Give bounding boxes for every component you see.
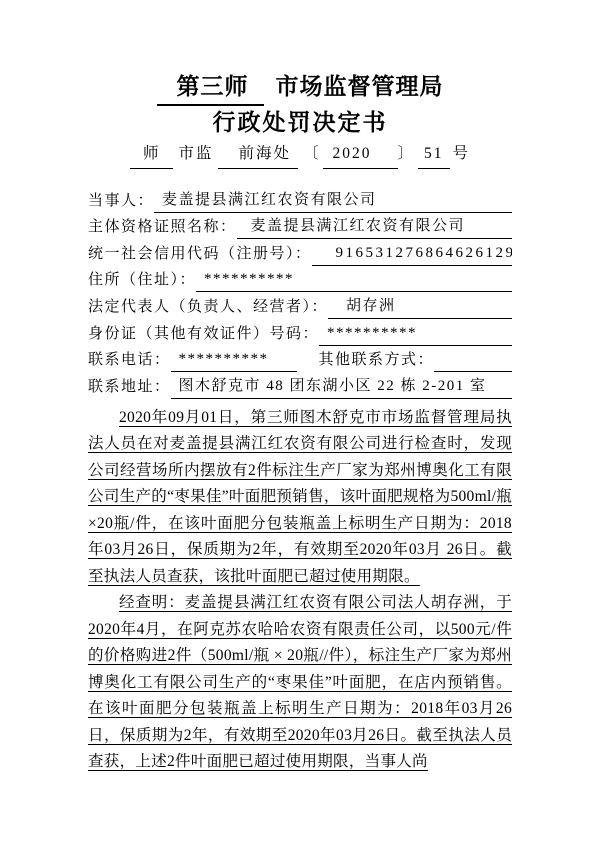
doc-no-bracket-close: 〕 [398,145,416,162]
doc-no-serial: 51 [418,142,450,169]
doc-no-bracket-open: 〔 [303,145,321,162]
authority-name: 市场监督管理局 [276,73,444,99]
field-party-value: 麦盖提县满江红农资有限公司 [154,188,512,213]
field-address: 住所（住址）： ********** [88,266,512,293]
field-address-label: 住所（住址）： [88,268,196,292]
doc-no-suffix: 号 [453,145,471,162]
document-title: 行政处罚决定书 [88,106,512,139]
field-credit-code-value: 916531276864626129 [312,245,512,266]
paragraph-findings: 经查明：麦盖提县满江红农资有限公司法人胡存洲，于2020年4月，在阿克苏农哈哈农… [88,590,512,776]
issuing-authority-title: 第三师市场监督管理局 [88,70,512,106]
doc-no-authority-abbrev: 市监 [178,145,213,162]
field-credit-code-label: 统一社会信用代码（注册号）： [88,242,312,266]
document-body: 2020年09月01日，第三师图木舒克市市场监督管理局执法人员在对麦盖提县满江红… [88,405,512,776]
field-legal-rep: 法定代表人（负责人、经营者）： 胡存洲 [88,292,512,319]
authority-division-blank: 第三师 [157,70,264,106]
paragraph-inspection: 2020年09月01日，第三师图木舒克市市场监督管理局执法人员在对麦盖提县满江红… [88,405,512,591]
field-legal-rep-value: 胡存洲 [328,294,512,319]
doc-no-office: 前海处 [218,142,298,169]
field-legal-rep-label: 法定代表人（负责人、经营者）： [88,295,328,319]
field-other-contact-label: 其他联系方式： [319,348,435,372]
field-contact-address: 联系地址： 图木舒克市 48 团东湖小区 22 栋 2-201 室 [88,372,512,399]
field-id-number: 身份证（其他有效证件）号码： ********** [88,319,512,346]
field-license-name: 主体资格证照名称： 麦盖提县满江红农资有限公司 [88,213,512,240]
doc-no-prefix: 师 [130,142,174,169]
field-id-number-value: ********** [319,325,512,346]
field-license-name-value: 麦盖提县满江红农资有限公司 [237,214,512,239]
field-license-name-label: 主体资格证照名称： [88,215,237,239]
doc-no-year: 2020 [323,142,398,169]
document-header: 第三师市场监督管理局 行政处罚决定书 师市监前海处〔2020〕51号 [88,70,512,169]
field-address-value: ********** [196,271,512,292]
field-contact-address-label: 联系地址： [88,375,171,399]
field-phone-value: ********** [171,351,297,372]
party-info-section: 当事人： 麦盖提县满江红农资有限公司 主体资格证照名称： 麦盖提县满江红农资有限… [88,186,512,399]
field-contact-address-value: 图木舒克市 48 团东湖小区 22 栋 2-201 室 [171,374,512,399]
field-id-number-label: 身份证（其他有效证件）号码： [88,322,319,346]
field-phone-label: 联系电话： [88,348,171,372]
document-page: 第三师市场监督管理局 行政处罚决定书 师市监前海处〔2020〕51号 当事人： … [0,0,600,848]
field-party: 当事人： 麦盖提县满江红农资有限公司 [88,186,512,213]
field-other-contact-value [434,368,512,372]
field-phone-row: 联系电话： ********** 其他联系方式： [88,346,512,373]
field-credit-code: 统一社会信用代码（注册号）： 916531276864626129 [88,239,512,266]
document-number: 师市监前海处〔2020〕51号 [88,142,512,169]
field-party-label: 当事人： [88,189,154,213]
